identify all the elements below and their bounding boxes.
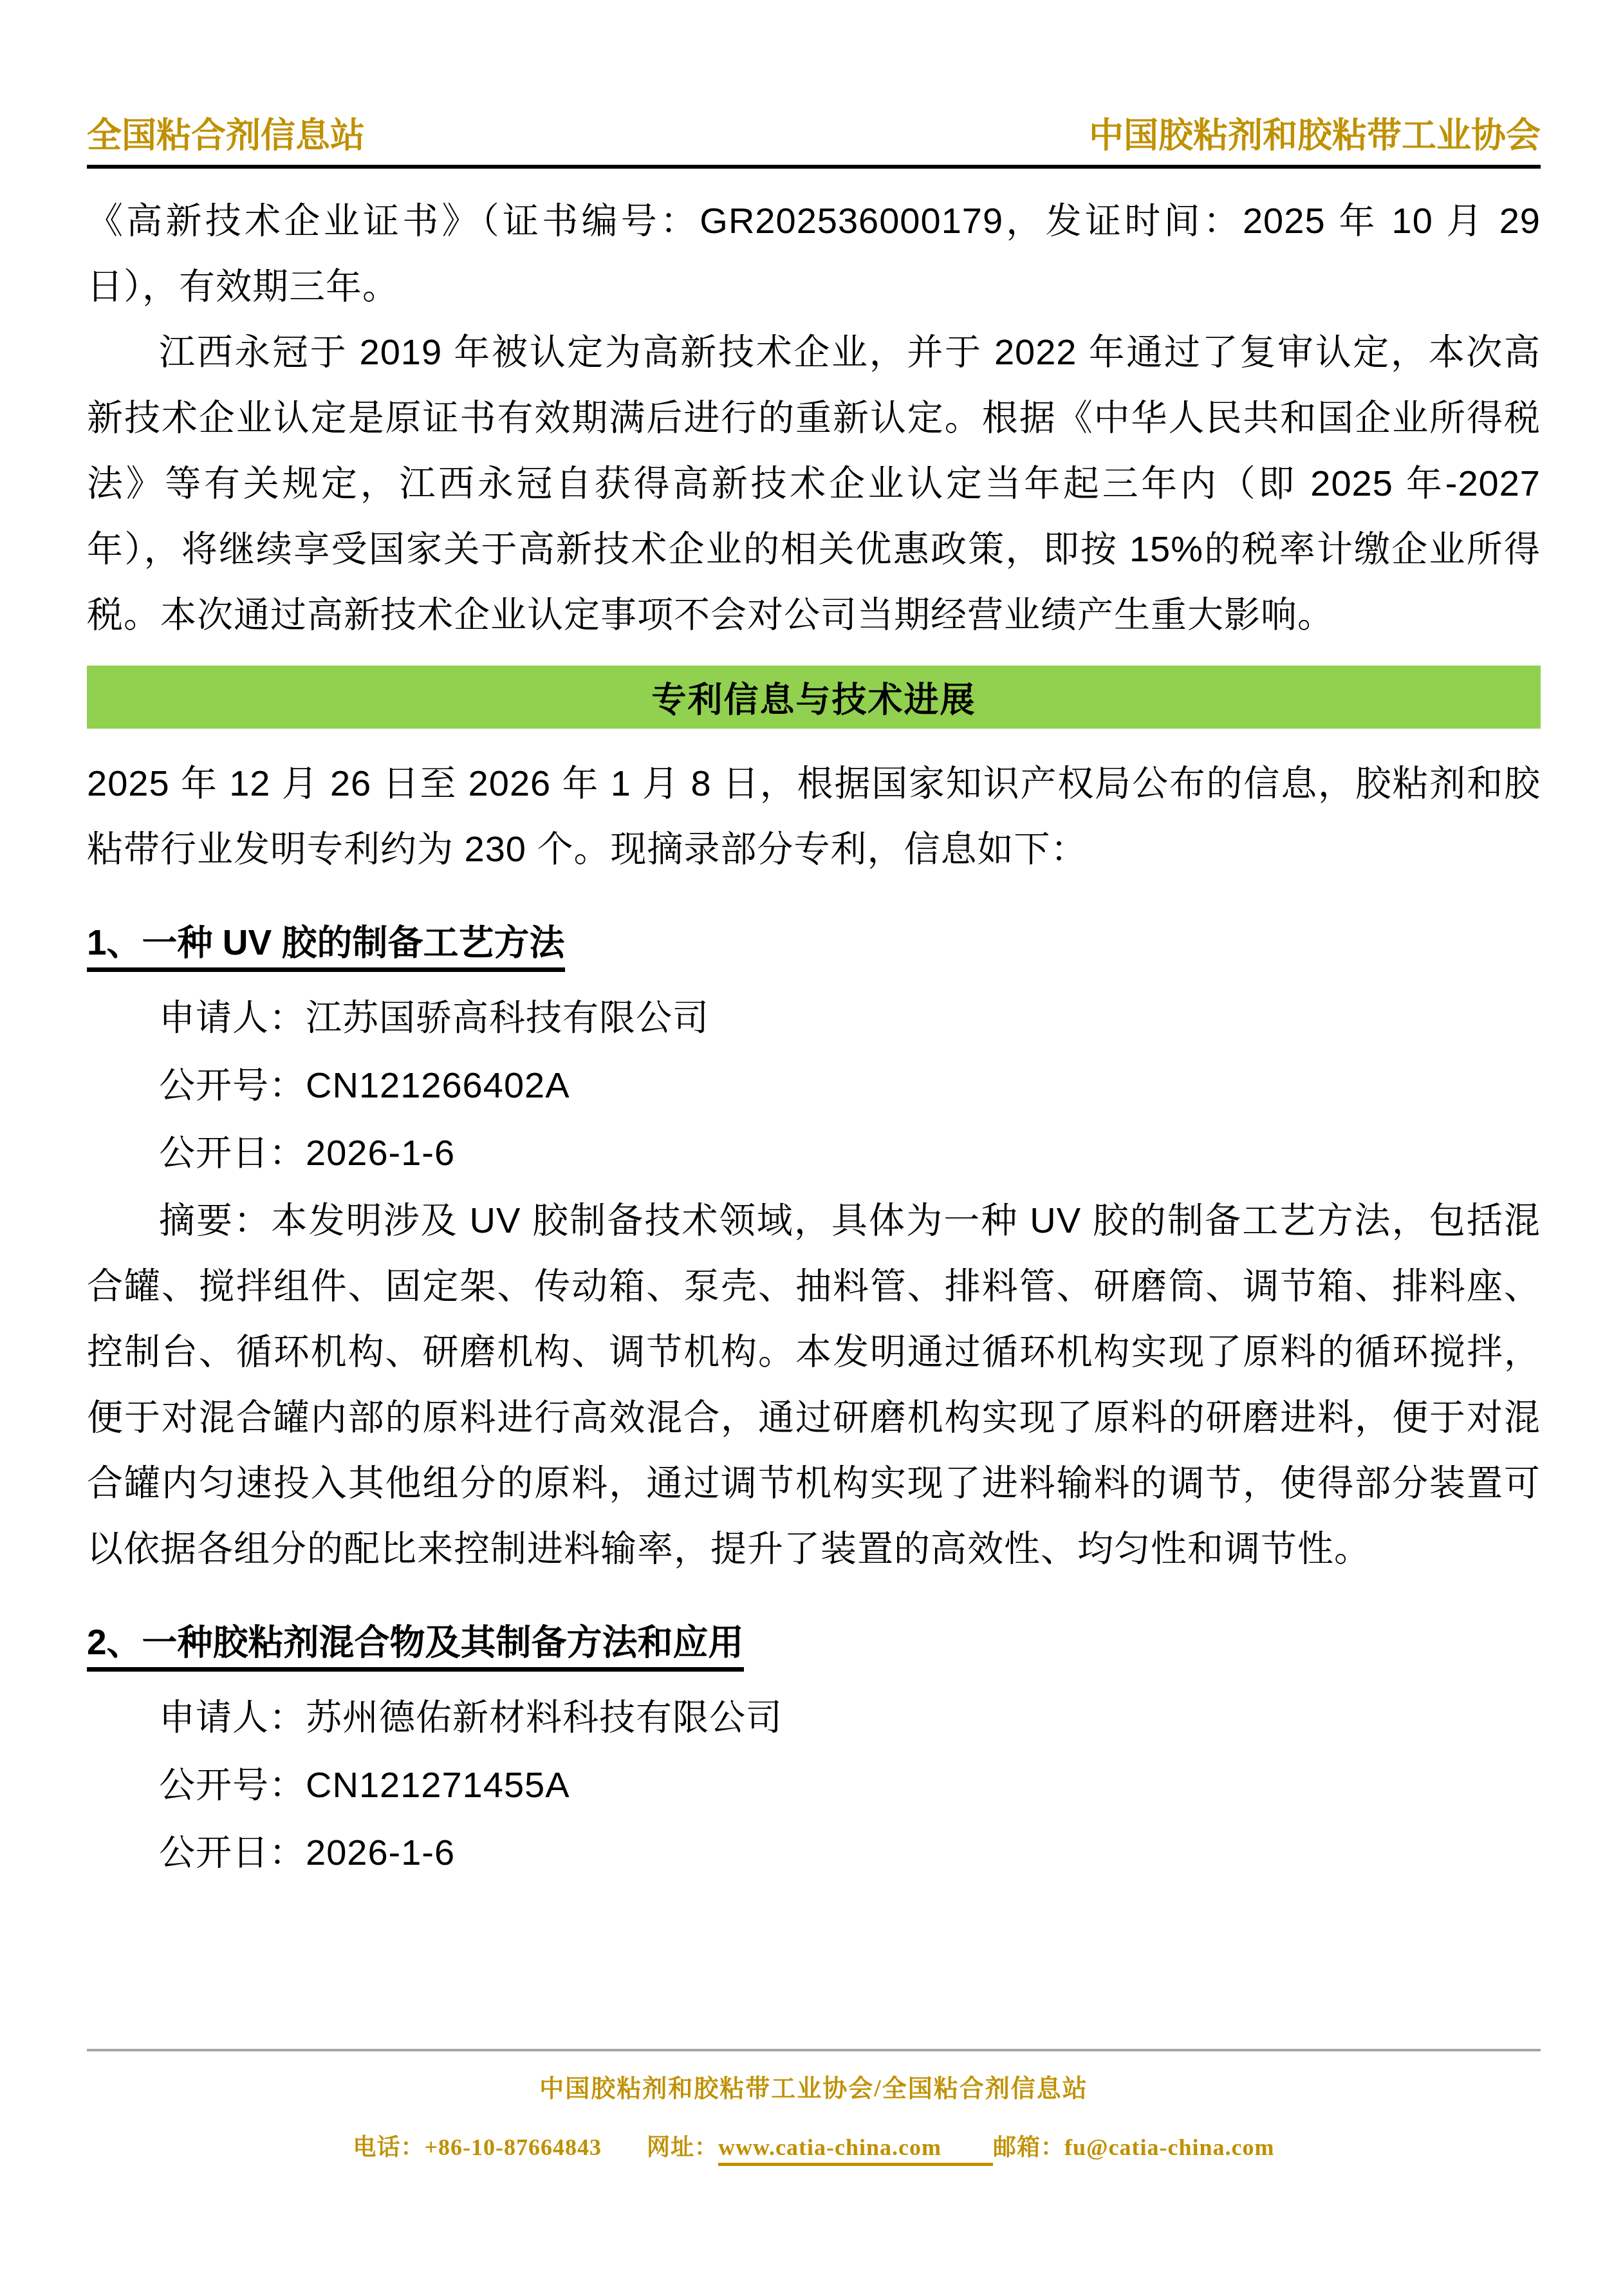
header-divider <box>87 165 1541 169</box>
patent-1-publication-number: 公开号：CN121266402A <box>159 1051 1541 1119</box>
patent-1-title-row: 1、一种 UV 胶的制备工艺方法 <box>87 913 1541 972</box>
footer-divider <box>87 2049 1541 2051</box>
patent-2-title-row: 2、一种胶粘剂混合物及其制备方法和应用 <box>87 1612 1541 1672</box>
footer-phone-number: +86-10-87664843 <box>425 2134 602 2160</box>
patent-item: 1、一种 UV 胶的制备工艺方法 申请人：江苏国骄高科技有限公司 公开号：CN1… <box>87 913 1541 1582</box>
section-banner-title: 专利信息与技术进展 <box>652 673 976 722</box>
footer-website-link[interactable]: www.catia-china.com <box>718 2134 941 2160</box>
page-content: 全国粘合剂信息站 中国胶粘剂和胶粘带工业协会 《高新技术企业证书》（证书编号：G… <box>87 0 1541 1886</box>
footer-contact-line: 电话：+86-10-87664843网址：www.catia-china.com… <box>87 2129 1541 2162</box>
header-right-title: 中国胶粘剂和胶粘带工业协会 <box>1089 116 1541 156</box>
page-header: 全国粘合剂信息站 中国胶粘剂和胶粘带工业协会 <box>87 0 1541 156</box>
section-banner: 专利信息与技术进展 <box>87 666 1541 729</box>
footer-phone-label: 电话： <box>353 2134 425 2160</box>
patent-1-abstract: 摘要：本发明涉及 UV 胶制备技术领域，具体为一种 UV 胶的制备工艺方法，包括… <box>87 1188 1541 1582</box>
patent-2-publication-number: 公开号：CN121271455A <box>159 1751 1541 1818</box>
footer-email-label: 邮箱： <box>993 2134 1064 2160</box>
patents-intro-paragraph: 2025 年 12 月 26 日至 2026 年 1 月 8 日，根据国家知识产… <box>87 751 1541 882</box>
patent-1-applicant: 申请人：江苏国骄高科技有限公司 <box>159 984 1541 1051</box>
page-footer: 中国胶粘剂和胶粘带工业协会/全国粘合剂信息站 电话：+86-10-8766484… <box>87 2049 1541 2162</box>
patent-1-publication-date: 公开日：2026-1-6 <box>159 1119 1541 1186</box>
footer-website-underline: www.catia-china.com <box>718 2134 993 2166</box>
patent-item: 2、一种胶粘剂混合物及其制备方法和应用 申请人：苏州德佑新材料科技有限公司 公开… <box>87 1612 1541 1886</box>
patent-2-applicant: 申请人：苏州德佑新材料科技有限公司 <box>159 1683 1541 1751</box>
patent-2-title: 2、一种胶粘剂混合物及其制备方法和应用 <box>87 1622 744 1672</box>
patent-2-publication-date: 公开日：2026-1-6 <box>159 1818 1541 1886</box>
header-left-title: 全国粘合剂信息站 <box>87 116 365 156</box>
document-body: 《高新技术企业证书》（证书编号：GR202536000179，发证时间：2025… <box>87 188 1541 1886</box>
recognition-paragraph: 江西永冠于 2019 年被认定为高新技术企业，并于 2022 年通过了复审认定，… <box>87 319 1541 648</box>
certificate-paragraph: 《高新技术企业证书》（证书编号：GR202536000179，发证时间：2025… <box>87 188 1541 319</box>
footer-website-label: 网址： <box>647 2134 718 2160</box>
footer-email-address: fu@catia-china.com <box>1064 2134 1274 2160</box>
document-page: 全国粘合剂信息站 中国胶粘剂和胶粘带工业协会 《高新技术企业证书》（证书编号：G… <box>0 0 1623 2296</box>
footer-organization-line: 中国胶粘剂和胶粘带工业协会/全国粘合剂信息站 <box>87 2068 1541 2104</box>
patent-1-title: 1、一种 UV 胶的制备工艺方法 <box>87 922 565 972</box>
